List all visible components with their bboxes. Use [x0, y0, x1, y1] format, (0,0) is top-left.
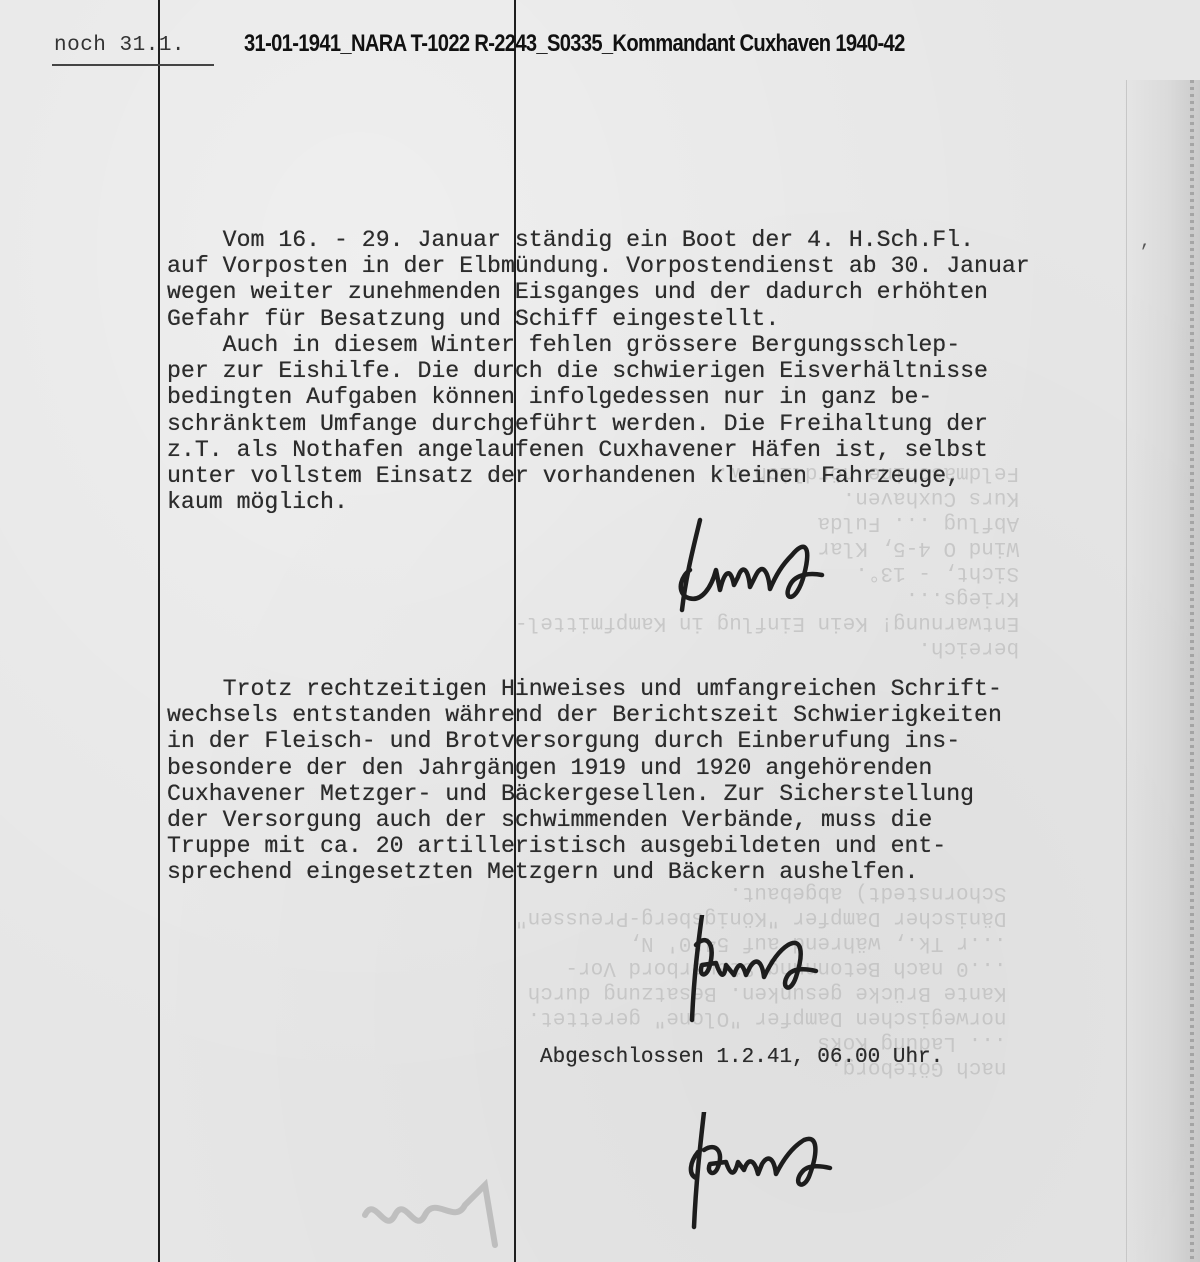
text-line: wechsels entstanden während der Berichts… — [167, 702, 1002, 728]
faint-bleed-signature — [355, 1175, 555, 1255]
vertical-rule-center — [514, 0, 516, 1262]
text-line: unter vollstem Einsatz der vorhandenen k… — [167, 463, 988, 489]
text-line: der Versorgung auch der schwimmenden Ver… — [167, 807, 1002, 833]
text-line: Cuxhavener Metzger- und Bäckergesellen. … — [167, 781, 1002, 807]
right-margin-strip — [1122, 80, 1200, 1262]
text-line: besondere der den Jahrgängen 1919 und 19… — [167, 755, 1002, 781]
handwritten-signature-3 — [682, 1112, 882, 1232]
paragraph-vorposten: Vom 16. - 29. Januar ständig ein Boot de… — [167, 227, 1030, 332]
page-reference: noch 31.1. — [54, 34, 185, 57]
paragraph-versorgung: Trotz rechtzeitigen Hinweises und umfang… — [167, 676, 1002, 886]
text-line: per zur Eishilfe. Die durch die schwieri… — [167, 358, 988, 384]
text-line: Truppe mit ca. 20 artilleristisch ausgeb… — [167, 833, 1002, 859]
handwritten-signature-2 — [676, 915, 876, 1025]
document-title: 31-01-1941_NARA T-1022 R-2243_S0335_Komm… — [244, 30, 905, 58]
text-line: in der Fleisch- und Brotversorgung durch… — [167, 728, 1002, 754]
text-line: kaum möglich. — [167, 489, 988, 515]
text-line: Auch in diesem Winter fehlen grössere Be… — [167, 332, 988, 358]
text-line: Gefahr für Besatzung und Schiff eingeste… — [167, 306, 1030, 332]
document-page: bereich. Entwarnung! Kein Einflug in Kam… — [0, 0, 1200, 1262]
page-reference-underline — [52, 64, 214, 66]
text-line: schränktem Umfange durchgeführt werden. … — [167, 411, 988, 437]
stray-mark: , — [1140, 232, 1151, 252]
closing-line: Abgeschlossen 1.2.41, 06.00 Uhr. — [540, 1046, 943, 1069]
text-line: sprechend eingesetzten Metzgern und Bäck… — [167, 859, 1002, 885]
text-line: bedingten Aufgaben können infolgedessen … — [167, 384, 988, 410]
paragraph-eishilfe: Auch in diesem Winter fehlen grössere Be… — [167, 332, 988, 515]
text-line: wegen weiter zunehmenden Eisganges und d… — [167, 279, 1030, 305]
handwritten-signature-1 — [672, 515, 872, 625]
vertical-rule-left — [158, 0, 160, 1262]
text-line: Vom 16. - 29. Januar ständig ein Boot de… — [167, 227, 1030, 253]
text-line: auf Vorposten in der Elbmündung. Vorpost… — [167, 253, 1030, 279]
text-line: z.T. als Nothafen angelaufenen Cuxhavene… — [167, 437, 988, 463]
text-line: Trotz rechtzeitigen Hinweises und umfang… — [167, 676, 1002, 702]
